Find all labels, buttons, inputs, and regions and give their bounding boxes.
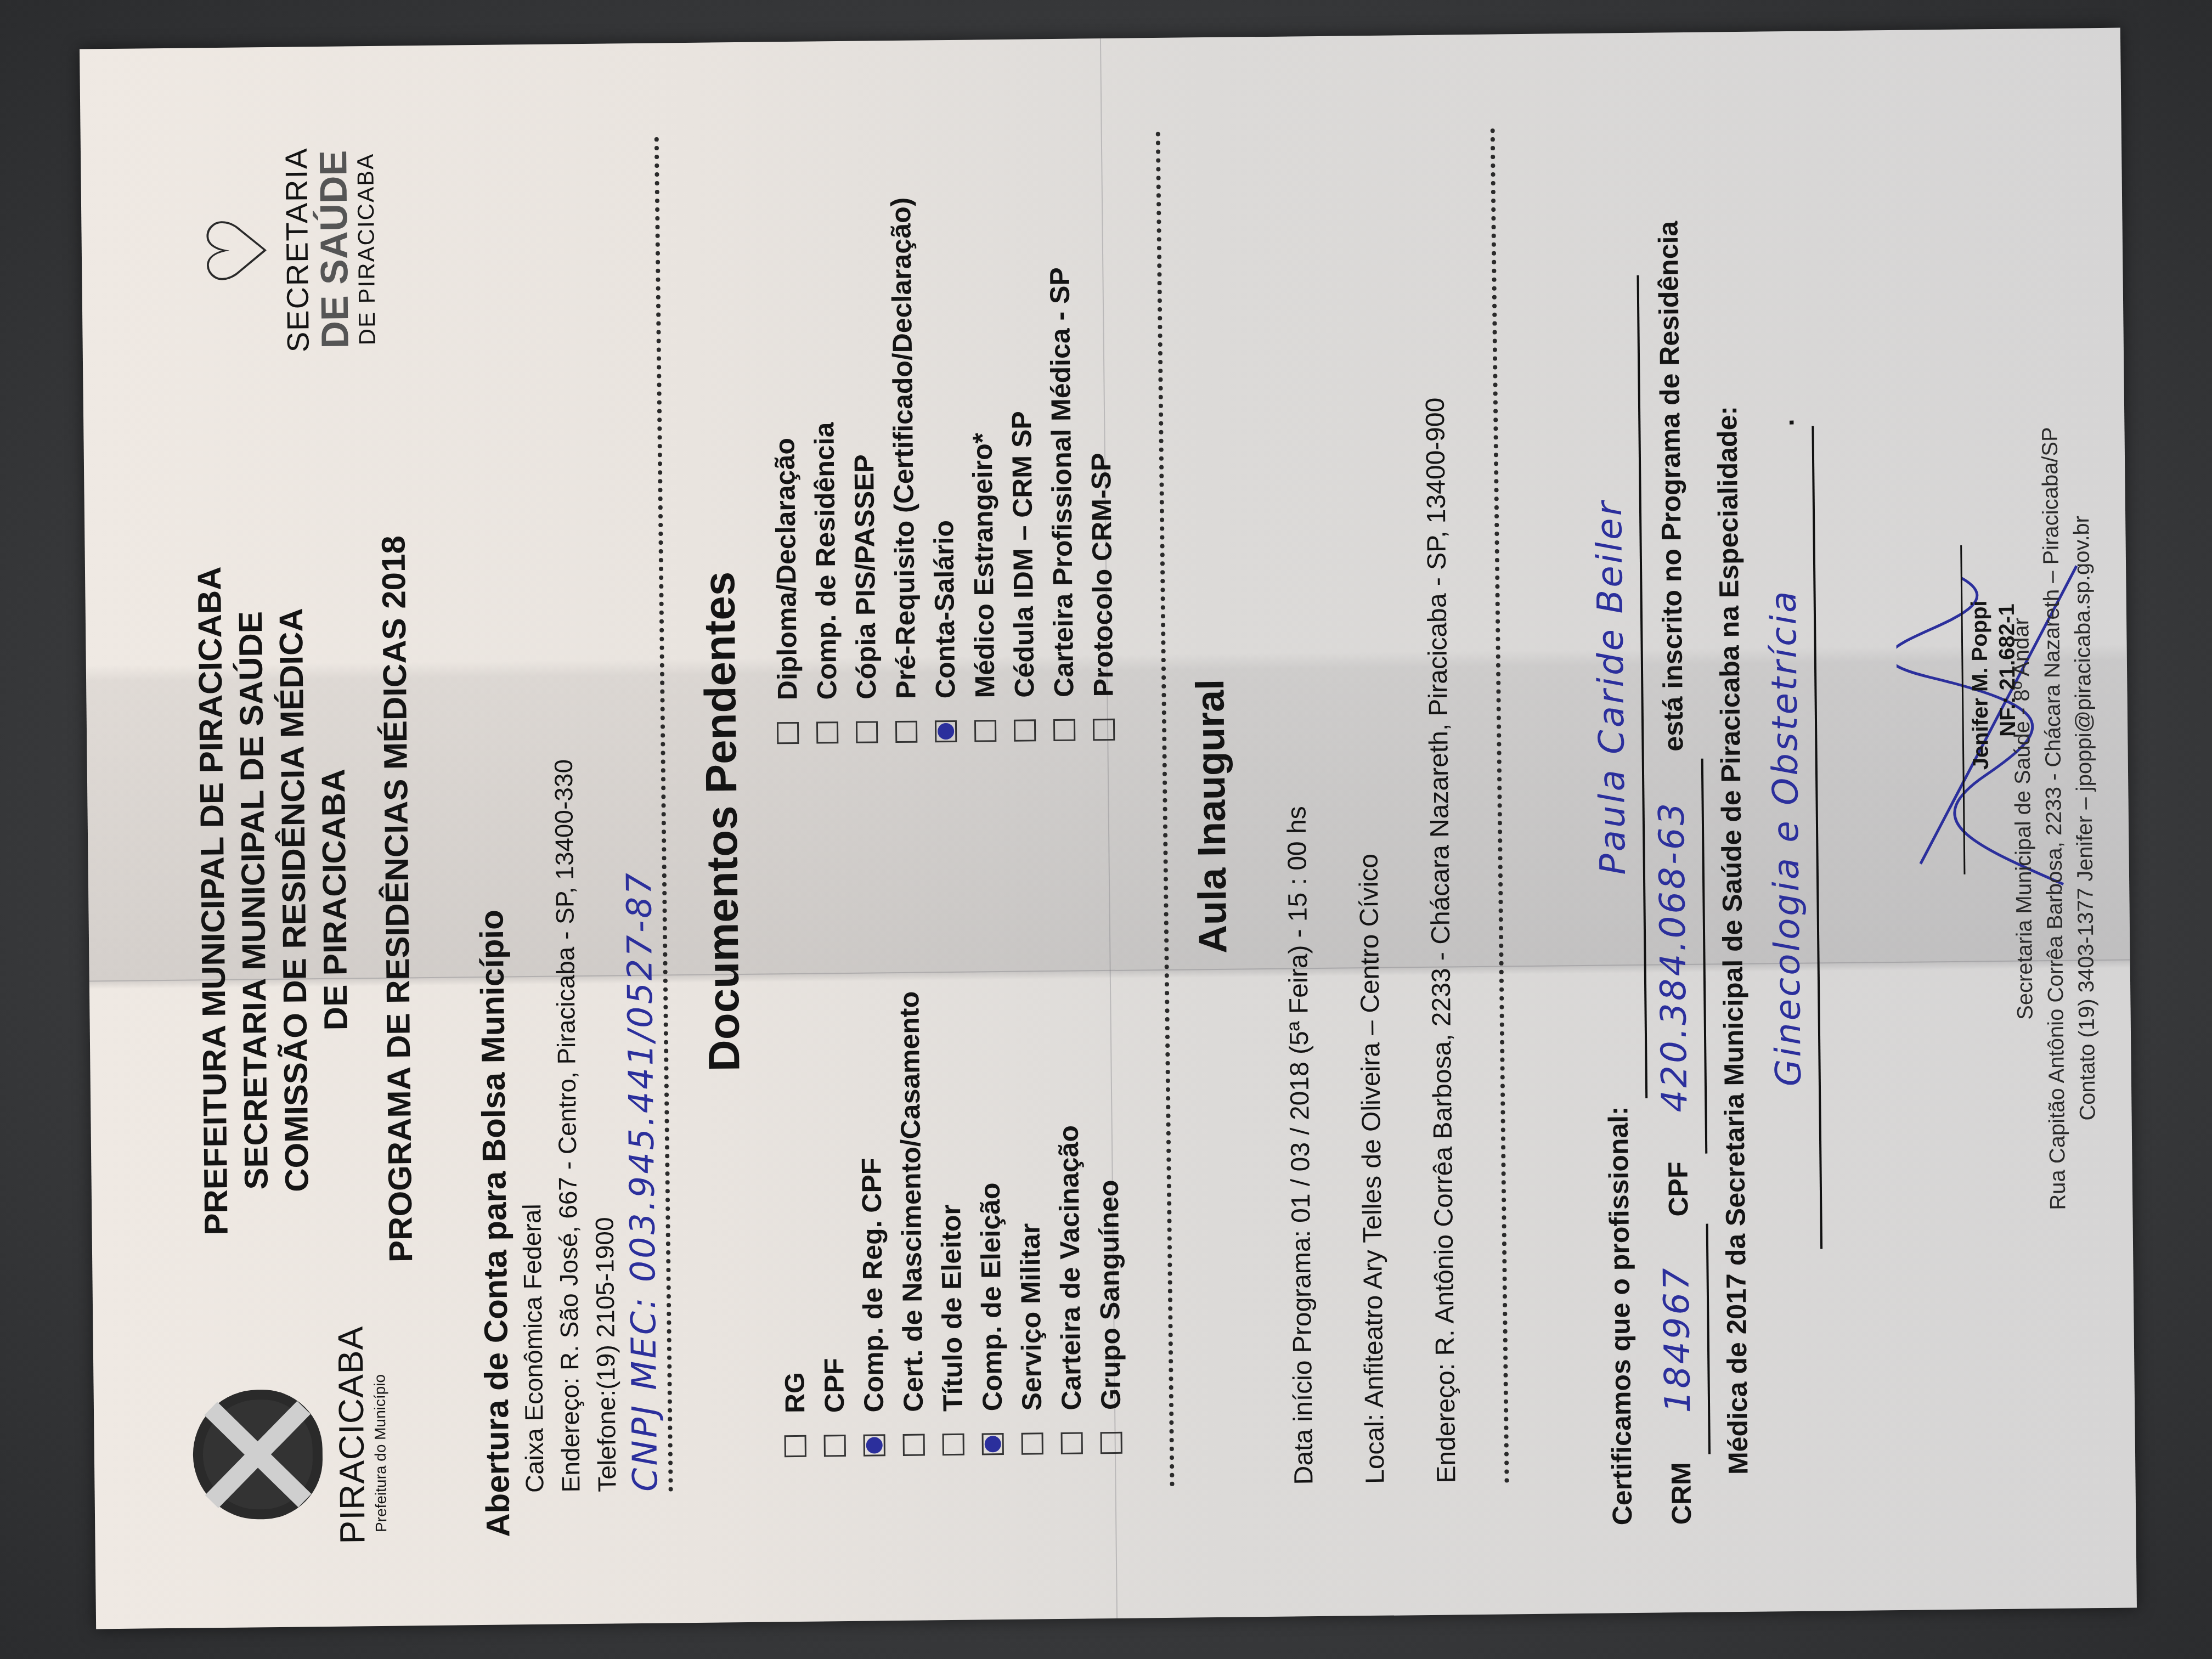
checklist-item-label: Conta-Salário bbox=[924, 520, 965, 699]
checkbox[interactable] bbox=[974, 720, 996, 742]
checkbox[interactable] bbox=[856, 721, 878, 743]
document-checklist-item: Cédula IDM – CRM SP bbox=[998, 105, 1045, 742]
checkbox[interactable] bbox=[1093, 719, 1115, 741]
checkbox[interactable] bbox=[777, 722, 799, 744]
cert-end-mark: . bbox=[1769, 419, 1799, 426]
checkbox[interactable] bbox=[1053, 719, 1075, 741]
checklist-item-label: CPF bbox=[814, 1358, 854, 1413]
document-checklist-item: Conta-Salário bbox=[919, 106, 966, 743]
document-checklist-item: Comp. de Reg. CPF bbox=[848, 820, 894, 1457]
document-checklist-item: CPF bbox=[809, 820, 855, 1457]
professional-name-field[interactable]: Paula Caride Beiler bbox=[1580, 275, 1648, 1099]
bolsa-section: Abertura de Conta para Bolsa Município C… bbox=[465, 164, 673, 1538]
document-checklist-item: Comp. de Residência bbox=[801, 107, 847, 744]
checklist-item-label: Comp. de Residência bbox=[804, 422, 847, 699]
checkbox[interactable] bbox=[864, 1434, 885, 1456]
secretaria-saude-logo: ♡ SECRETARIA DE SAÚDE DE PIRACICABA bbox=[196, 134, 381, 366]
certificado-section: Certificamos que o profissional: Paula C… bbox=[1578, 97, 1825, 1526]
checkbox[interactable] bbox=[785, 1435, 806, 1457]
documents-right-column: Diploma/DeclaraçãoComp. de ResidênciaCóp… bbox=[761, 104, 1125, 821]
documentos-heading: Documentos Pendentes bbox=[689, 108, 754, 1535]
checklist-item-label: Cert. de Nascimento/Casamento bbox=[889, 991, 933, 1413]
document-checklist-item: Cópia PIS/PASSEP bbox=[840, 106, 887, 743]
cert-intro: Certificamos que o profissional: bbox=[1602, 1106, 1638, 1526]
checkbox[interactable] bbox=[1061, 1432, 1083, 1454]
logo-line2: DE SAÚDE bbox=[314, 134, 354, 365]
crm-label: CRM bbox=[1666, 1462, 1697, 1525]
aula-local: Local: Anfiteatro Ary Telles de Oliveira… bbox=[1325, 101, 1411, 1484]
dotted-divider bbox=[1491, 128, 1509, 1483]
checklist-item-label: Diploma/Declaração bbox=[765, 438, 808, 701]
checklist-item-label: Título de Eleitor bbox=[931, 1204, 973, 1412]
document-header: PIRACICABA Prefeitura do Município PREFE… bbox=[162, 116, 484, 1557]
checkbox[interactable] bbox=[903, 1434, 925, 1456]
documentos-pendentes-section: Documentos Pendentes RGCPFComp. de Reg. … bbox=[684, 104, 1132, 1535]
aula-date: Data início Programa: 01 / 03 / 2018 (5ª… bbox=[1254, 102, 1340, 1485]
crest-name: PIRACICABA bbox=[330, 1363, 373, 1544]
document-checklist-item: Cert. de Nascimento/Casamento bbox=[888, 819, 934, 1456]
checkbox[interactable] bbox=[935, 720, 957, 742]
cert-enrolled-text: está inscrito no Programa de Residência bbox=[1652, 221, 1689, 752]
piracicaba-crest-logo: PIRACICABA Prefeitura do Município bbox=[192, 1363, 390, 1546]
checklist-item-label: Pré-Requisito (Certificado/Declaração) bbox=[881, 197, 926, 699]
crm-field[interactable]: 184967 bbox=[1649, 1224, 1711, 1455]
specialty-value: Ginecologia e Obstetrícia bbox=[1764, 589, 1809, 1086]
aula-inaugural-section: Aula Inaugural Data início Programa: 01 … bbox=[1155, 100, 1509, 1530]
aula-heading: Aula Inaugural bbox=[1182, 103, 1242, 1530]
checklist-item-label: Comp. de Eleição bbox=[970, 1182, 1012, 1412]
document-checklist-item: Carteira de Vacinação bbox=[1046, 817, 1092, 1454]
checklist-item-label: Cópia PIS/PASSEP bbox=[844, 454, 887, 699]
document-checklist-item: Médico Estrangeiro* bbox=[959, 105, 1005, 742]
heart-family-icon: ♡ bbox=[196, 135, 280, 366]
document-checklist-item: Comp. de Eleição bbox=[967, 819, 1013, 1455]
checkbox[interactable] bbox=[895, 721, 917, 743]
document-checklist-item: Título de Eleitor bbox=[927, 819, 973, 1456]
checklist-item-label: Carteira Profissional Médica - SP bbox=[1040, 267, 1084, 697]
checklist-item-label: Serviço Militar bbox=[1011, 1223, 1052, 1411]
aula-address: Endereço: R. Antônio Corrêa Barbosa, 223… bbox=[1397, 100, 1482, 1483]
document-checklist-item: Grupo Sanguíneo bbox=[1085, 817, 1131, 1454]
cpf-field[interactable]: 420.384.068-63 bbox=[1644, 759, 1708, 1154]
document-checklist-item: Carteira Profissional Médica - SP bbox=[1038, 105, 1084, 742]
cpf-label: CPF bbox=[1662, 1161, 1694, 1217]
checkbox[interactable] bbox=[982, 1433, 1004, 1455]
coat-of-arms-icon bbox=[193, 1389, 323, 1520]
documents-left-column: RGCPFComp. de Reg. CPFCert. de Nasciment… bbox=[769, 817, 1132, 1534]
title-de-piracicaba: DE PIRACICABA bbox=[310, 474, 359, 1325]
document-checklist-item: Protocolo CRM-SP bbox=[1077, 104, 1124, 741]
cpf-value: 420.384.068-63 bbox=[1652, 800, 1696, 1112]
checklist-item-label: Médico Estrangeiro* bbox=[962, 433, 1005, 698]
document-footer: Secretaria Municipal de Saúde - 8º Andar… bbox=[2000, 28, 2108, 1609]
checkbox[interactable] bbox=[943, 1434, 964, 1455]
document-checklist-item: RG bbox=[769, 821, 815, 1458]
header-titles: PREFEITURA MUNICIPAL DE PIRACICABA SECRE… bbox=[188, 473, 422, 1326]
checkbox[interactable] bbox=[1022, 1432, 1043, 1454]
checklist-item-label: Cédula IDM – CRM SP bbox=[1002, 411, 1044, 698]
checklist-item-label: Protocolo CRM-SP bbox=[1081, 453, 1124, 697]
checklist-item-label: Grupo Sanguíneo bbox=[1089, 1180, 1131, 1410]
logo-line3: DE PIRACICABA bbox=[352, 134, 381, 364]
document-checklist-item: Serviço Militar bbox=[1006, 818, 1052, 1455]
checkbox[interactable] bbox=[816, 721, 838, 743]
specialty-field[interactable]: Ginecologia e Obstetrícia bbox=[1754, 426, 1822, 1249]
checklist-item-label: Comp. de Reg. CPF bbox=[851, 1158, 894, 1413]
logo-line1: SECRETARIA bbox=[278, 134, 316, 365]
crest-subtitle: Prefeitura do Município bbox=[371, 1363, 390, 1544]
dotted-divider bbox=[1156, 131, 1175, 1486]
signer-name: Jenifer M. Poppi bbox=[1967, 600, 1994, 770]
program-title: PROGRAMA DE RESIDÊNCIAS MÉDICAS 2018 bbox=[373, 473, 422, 1324]
document-checklist-item: Diploma/Declaração bbox=[761, 108, 808, 744]
checkbox[interactable] bbox=[1101, 1432, 1122, 1454]
crm-value: 184967 bbox=[1656, 1266, 1699, 1413]
checkbox[interactable] bbox=[824, 1435, 846, 1457]
checkbox[interactable] bbox=[1014, 719, 1036, 741]
document-sheet: PIRACICABA Prefeitura do Município PREFE… bbox=[80, 28, 2137, 1629]
checklist-item-label: RG bbox=[775, 1372, 815, 1414]
document-checklist-item: Pré-Requisito (Certificado/Declaração) bbox=[880, 106, 926, 743]
professional-name-value: Paula Caride Beiler bbox=[1589, 499, 1634, 875]
checklist-item-label: Carteira de Vacinação bbox=[1049, 1125, 1091, 1410]
